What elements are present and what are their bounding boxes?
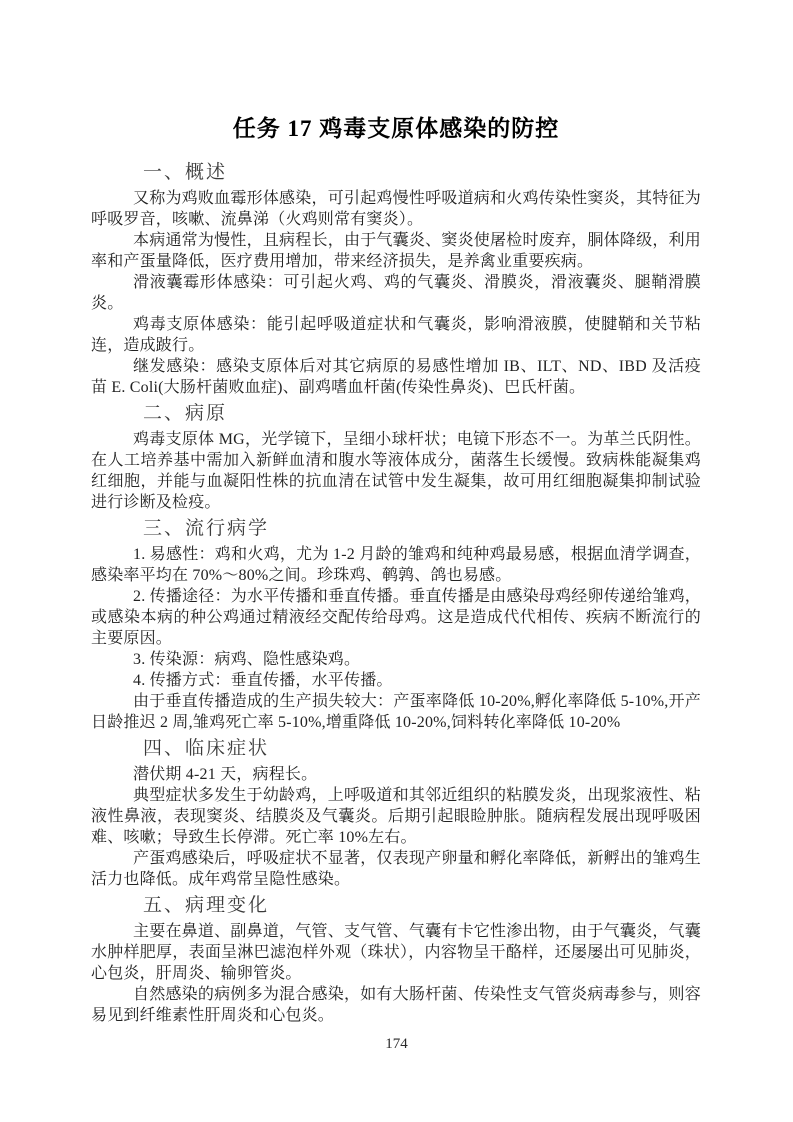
- paragraph: 鸡毒支原体感染：能引起呼吸道症状和气囊炎，影响滑液膜，使腱鞘和关节粘连，造成跛行…: [91, 314, 701, 356]
- paragraph: 继发感染：感染支原体后对其它病原的易感性增加 IB、ILT、ND、IBD 及活疫…: [91, 356, 701, 398]
- document-title: 任务 17 鸡毒支原体感染的防控: [91, 114, 701, 144]
- document-body: 一、概述又称为鸡败血霉形体感染，可引起鸡慢性呼吸道病和火鸡传染性窦炎，其特征为呼…: [91, 160, 701, 1026]
- paragraph: 产蛋鸡感染后，呼吸症状不显著，仅表现产卵量和孵化率降低，新孵出的雏鸡生活力也降低…: [91, 848, 701, 890]
- paragraph: 由于垂直传播造成的生产损失较大：产蛋率降低 10-20%,孵化率降低 5-10%…: [91, 691, 701, 733]
- section-heading: 二、病原: [91, 401, 701, 427]
- paragraph: 2. 传播途径：为水平传播和垂直传播。垂直传播是由感染母鸡经卵传递给雏鸡，或感染…: [91, 586, 701, 649]
- paragraph: 又称为鸡败血霉形体感染，可引起鸡慢性呼吸道病和火鸡传染性窦炎，其特征为呼吸罗音，…: [91, 188, 701, 230]
- page-number: 174: [0, 1036, 793, 1053]
- section-heading: 一、概述: [91, 160, 701, 186]
- paragraph: 1. 易感性：鸡和火鸡，尤为 1-2 月龄的雏鸡和纯种鸡最易感，根据血清学调查，…: [91, 544, 701, 586]
- paragraph: 自然感染的病例多为混合感染，如有大肠杆菌、传染性支气管炎病毒参与，则容易见到纤维…: [91, 984, 701, 1026]
- paragraph: 3. 传染源：病鸡、隐性感染鸡。: [91, 649, 701, 670]
- paragraph: 潜伏期 4-21 天，病程长。: [91, 764, 701, 785]
- paragraph: 滑液囊霉形体感染：可引起火鸡、鸡的气囊炎、滑膜炎，滑液囊炎、腿鞘滑膜炎。: [91, 272, 701, 314]
- paragraph: 主要在鼻道、副鼻道，气管、支气管、气囊有卡它性渗出物，由于气囊炎，气囊水肿样肥厚…: [91, 921, 701, 984]
- section-heading: 五、病理变化: [91, 893, 701, 919]
- section-heading: 四、临床症状: [91, 736, 701, 762]
- paragraph: 典型症状多发生于幼龄鸡，上呼吸道和其邻近组织的粘膜发炎，出现浆液性、粘液性鼻液，…: [91, 785, 701, 848]
- section-heading: 三、流行病学: [91, 516, 701, 542]
- paragraph: 鸡毒支原体 MG，光学镜下，呈细小球杆状；电镜下形态不一。为革兰氏阴性。在人工培…: [91, 429, 701, 513]
- paragraph: 4. 传播方式：垂直传播，水平传播。: [91, 670, 701, 691]
- document-page: 任务 17 鸡毒支原体感染的防控 一、概述又称为鸡败血霉形体感染，可引起鸡慢性呼…: [0, 0, 793, 1122]
- paragraph: 本病通常为慢性，且病程长，由于气囊炎、窦炎使屠检时废弃，胴体降级，利用率和产蛋量…: [91, 230, 701, 272]
